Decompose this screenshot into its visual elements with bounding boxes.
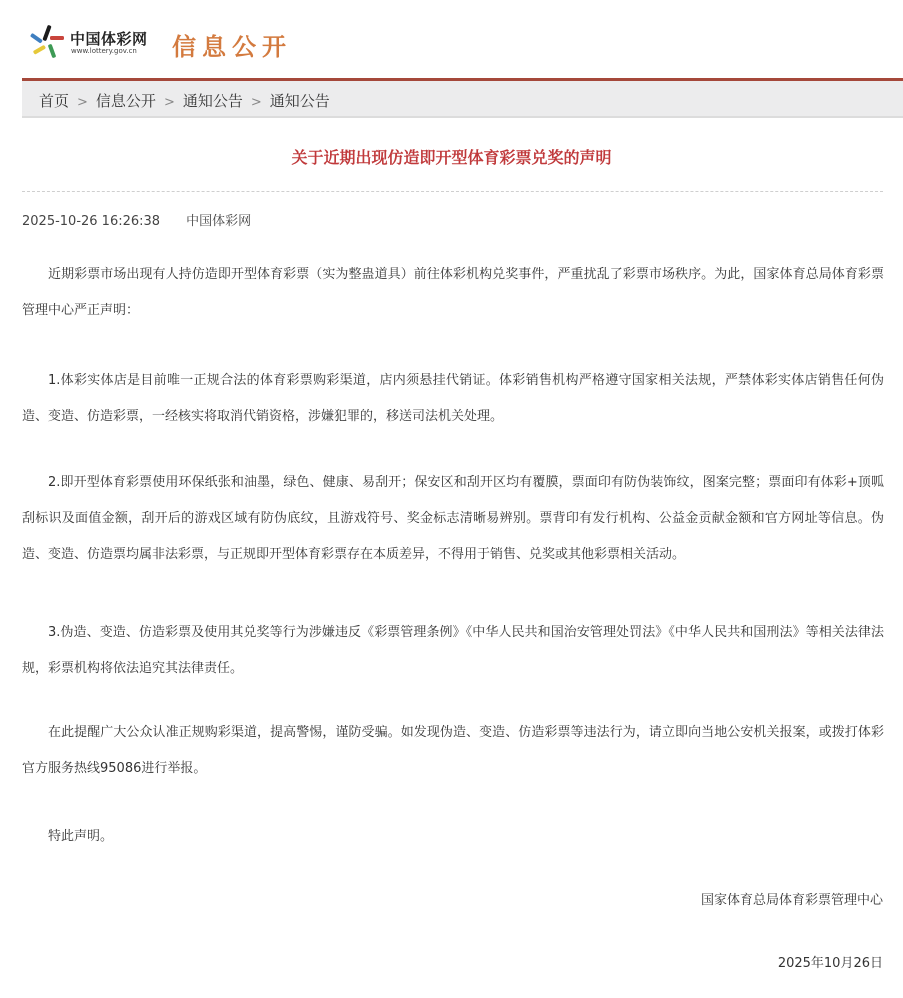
breadcrumb-separator: > bbox=[251, 95, 262, 110]
paragraph-point-3: 3.伪造、变造、仿造彩票及使用其兑奖等行为涉嫌违反《彩票管理条例》《中华人民共和… bbox=[22, 615, 884, 687]
paragraph-reminder: 在此提醒广大公众认准正规购彩渠道，提高警惕，谨防受骗。如发现伪造、变造、仿造彩票… bbox=[22, 715, 884, 787]
site-header: 中国体彩网 www.lottery.gov.cn 信息公开 bbox=[0, 0, 903, 80]
breadcrumb-separator: > bbox=[164, 95, 175, 110]
breadcrumb: 首页>信息公开>通知公告>通知公告 bbox=[39, 90, 330, 111]
paragraph-intro: 近期彩票市场出现有人持仿造即开型体育彩票（实为整蛊道具）前往体彩机构兑奖事件，严… bbox=[22, 257, 884, 329]
signature-date: 2025年10月26日 bbox=[778, 952, 883, 971]
breadcrumb-bar: 首页>信息公开>通知公告>通知公告 bbox=[22, 81, 903, 118]
lottery-logo-icon[interactable] bbox=[28, 24, 66, 60]
breadcrumb-current[interactable]: 通知公告 bbox=[270, 92, 330, 110]
publish-datetime: 2025-10-26 16:26:38 bbox=[22, 214, 160, 229]
article-source: 中国体彩网 bbox=[186, 214, 251, 229]
breadcrumb-info-disclosure[interactable]: 信息公开 bbox=[96, 92, 156, 110]
paragraph-point-1: 1.体彩实体店是目前唯一正规合法的体育彩票购彩渠道，店内须悬挂代销证。体彩销售机… bbox=[22, 363, 884, 435]
section-title: 信息公开 bbox=[172, 27, 292, 62]
brand-name[interactable]: 中国体彩网 bbox=[70, 28, 148, 49]
paragraph-point-2: 2.即开型体育彩票使用环保纸张和油墨，绿色、健康、易刮开；保安区和刮开区均有覆膜… bbox=[22, 465, 884, 573]
article-meta: 2025-10-26 16:26:38中国体彩网 bbox=[22, 210, 251, 229]
brand-url[interactable]: www.lottery.gov.cn bbox=[71, 47, 137, 55]
breadcrumb-notices[interactable]: 通知公告 bbox=[183, 92, 243, 110]
article-title: 关于近期出现仿造即开型体育彩票兑奖的声明 bbox=[0, 145, 903, 168]
title-divider bbox=[22, 191, 883, 192]
signature-organization: 国家体育总局体育彩票管理中心 bbox=[701, 889, 883, 908]
breadcrumb-separator: > bbox=[77, 95, 88, 110]
breadcrumb-home[interactable]: 首页 bbox=[39, 92, 69, 110]
paragraph-closing: 特此声明。 bbox=[22, 819, 884, 855]
